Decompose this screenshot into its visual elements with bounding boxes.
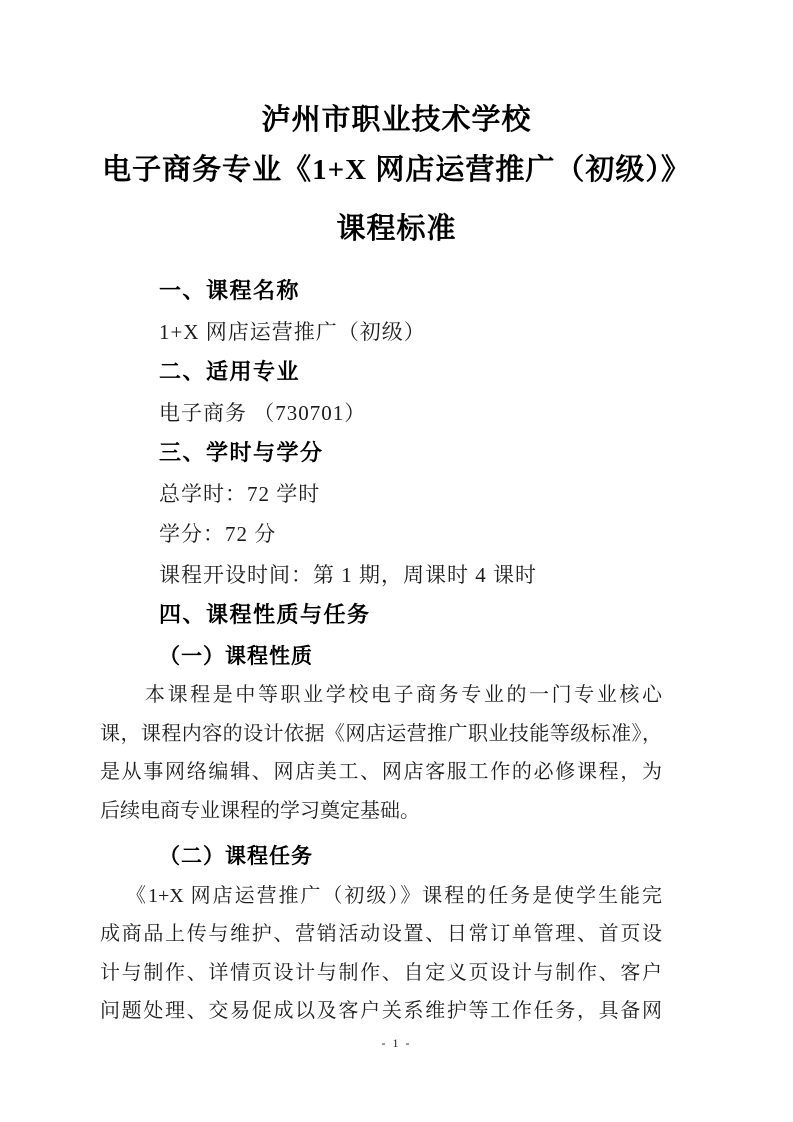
course-name-value: 1+X 网店运营推广（初级） [100, 312, 662, 353]
paragraph-line: 问题处理、交易促成以及客户关系维护等工作任务，具备网 [100, 992, 662, 1031]
section-heading-nature-task: 四、课程性质与任务 [100, 595, 662, 636]
paragraph-line: 本课程是中等职业学校电子商务专业的一门专业核心 [100, 676, 662, 715]
section-heading-hours-credits: 三、学时与学分 [100, 433, 662, 474]
major-value: 电子商务 （730701） [100, 393, 662, 434]
paragraph-line: 《1+X 网店运营推广（初级）》课程的任务是使学生能完 [100, 877, 662, 916]
paragraph-line: 成商品上传与维护、营销活动设置、日常订单管理、首页设 [100, 915, 662, 954]
title-line-school: 泸州市职业技术学校 [0, 95, 793, 145]
document-body: 一、课程名称 1+X 网店运营推广（初级） 二、适用专业 电子商务 （73070… [100, 271, 662, 1031]
paragraph-line: 课，课程内容的设计依据《网店运营推广职业技能等级标准》， [100, 715, 662, 754]
document-page: 泸州市职业技术学校 电子商务专业《1+X 网店运营推广（初级）》 课程标准 一、… [0, 0, 793, 1122]
paragraph-course-task: 《1+X 网店运营推广（初级）》课程的任务是使学生能完 成商品上传与维护、营销活… [100, 877, 662, 1031]
title-line-course: 电子商务专业《1+X 网店运营推广（初级）》 [0, 145, 793, 195]
subsection-heading-nature: （一）课程性质 [100, 636, 662, 677]
title-line-standard: 课程标准 [0, 204, 793, 254]
paragraph-course-nature: 本课程是中等职业学校电子商务专业的一门专业核心 课，课程内容的设计依据《网店运营… [100, 676, 662, 830]
subsection-heading-task: （二）课程任务 [100, 836, 662, 877]
credits-value: 学分：72 分 [100, 514, 662, 555]
page-number: - 1 - [0, 1036, 793, 1051]
paragraph-line: 是从事网络编辑、网店美工、网店客服工作的必修课程，为 [100, 753, 662, 792]
schedule-value: 课程开设时间：第 1 期，周课时 4 课时 [100, 555, 662, 596]
paragraph-line: 后续电商专业课程的学习奠定基础。 [100, 792, 662, 831]
paragraph-line: 计与制作、详情页设计与制作、自定义页设计与制作、客户 [100, 954, 662, 993]
section-heading-course-name: 一、课程名称 [100, 271, 662, 312]
total-hours-value: 总学时：72 学时 [100, 474, 662, 515]
section-heading-major: 二、适用专业 [100, 352, 662, 393]
document-title: 泸州市职业技术学校 电子商务专业《1+X 网店运营推广（初级）》 课程标准 [0, 0, 793, 254]
